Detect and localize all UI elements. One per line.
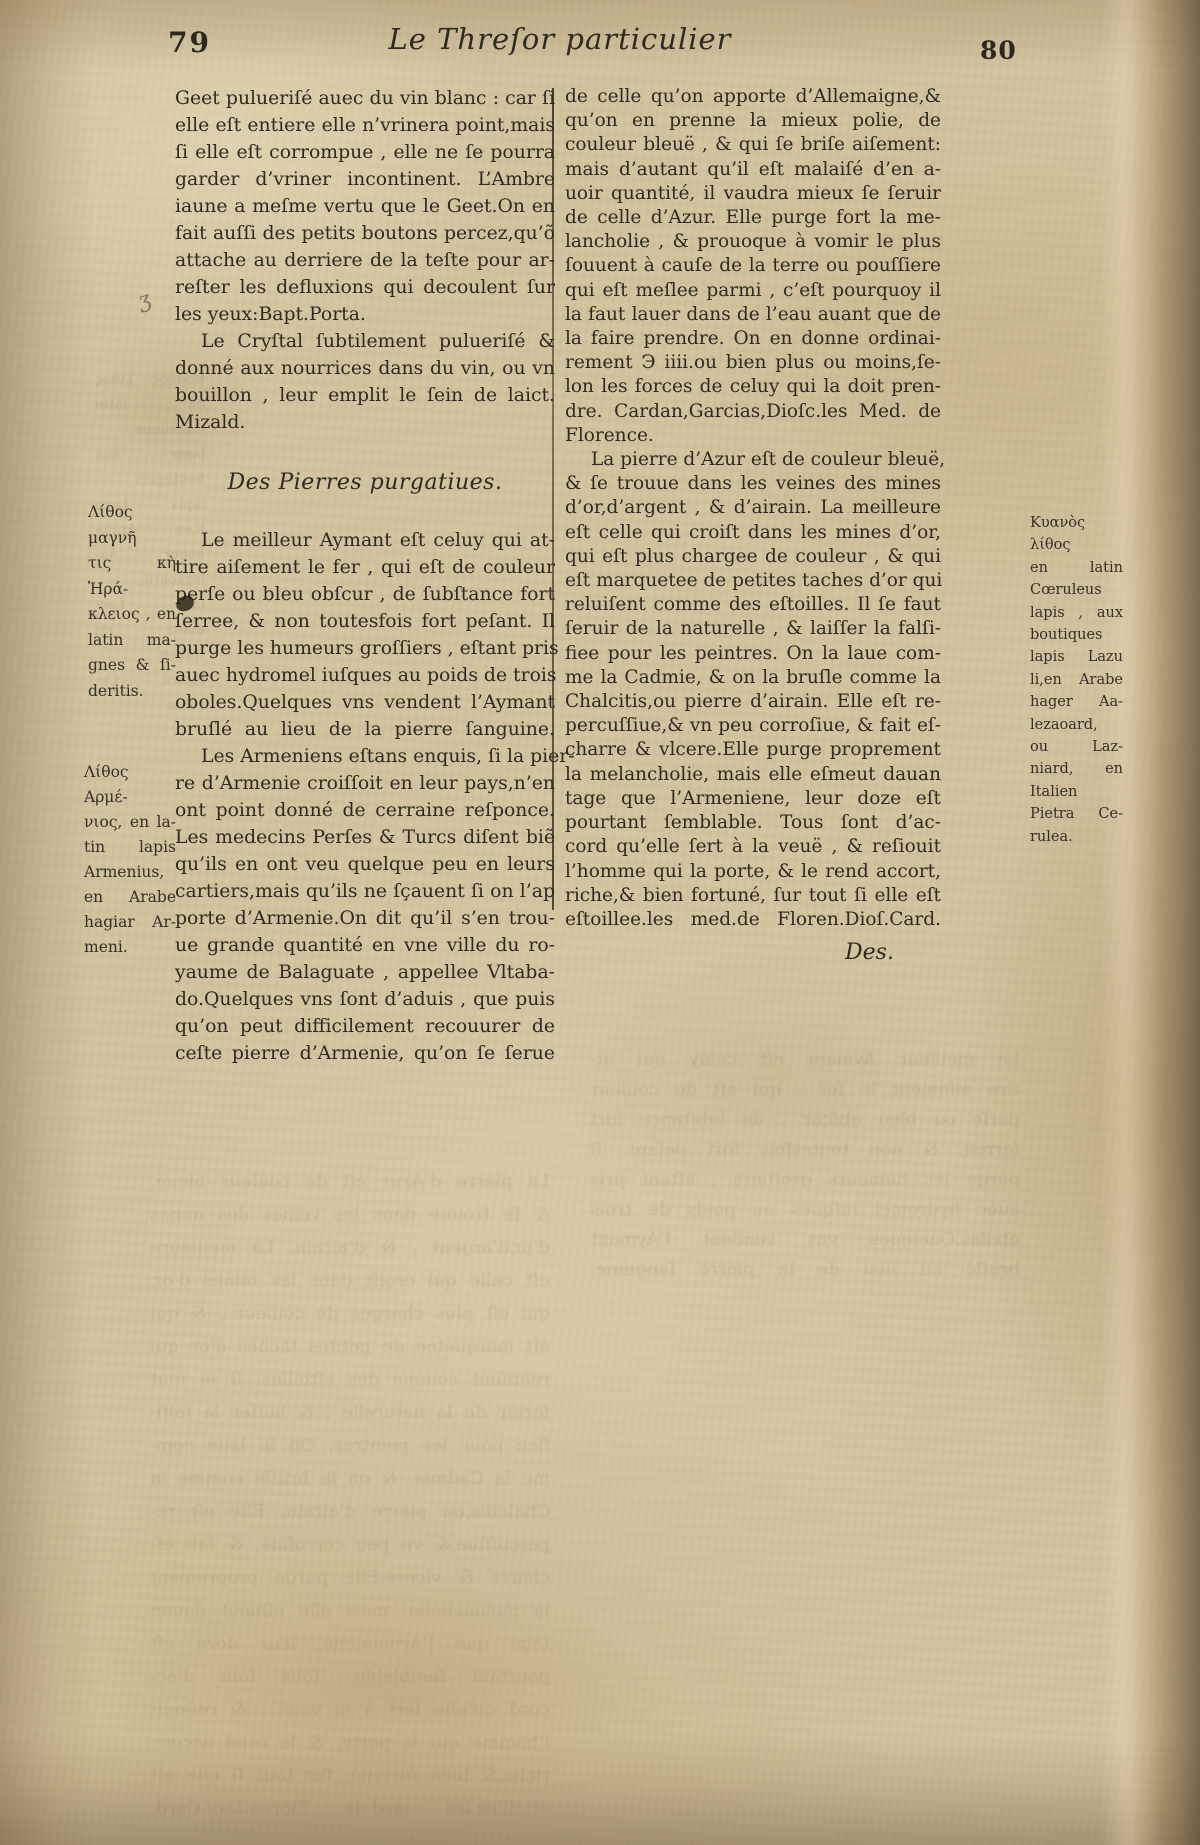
text-line: tire aiſement le fer , qui eſt de couleu… bbox=[175, 554, 555, 581]
book-page-scan: { "header": { "page_left": "79", "title"… bbox=[0, 0, 1200, 1845]
margin-note-line: en Arabe bbox=[84, 885, 176, 910]
margin-note-magnes: Λίθος μαγνῆτις κὴ Ἡρά-κλειος , enlatin m… bbox=[88, 500, 176, 704]
text-line: me la Cadmie, & on la bruſle comme la bbox=[565, 666, 941, 690]
text-line: Geet pulueriſé auec du vin blanc : car ſ… bbox=[175, 85, 555, 112]
margin-note-lapis-lazuli: Κυανὸς λίθοςen latinCœruleuslapis , auxb… bbox=[1030, 512, 1123, 848]
page-number-right: 80 bbox=[980, 36, 1017, 65]
text-line: bouillon , leur emplit le ſein de laict. bbox=[175, 382, 555, 409]
margin-note-line: Λίθος μαγνῆ bbox=[88, 500, 176, 551]
text-line: donné aux nourrices dans du vin, ou vn bbox=[175, 355, 555, 382]
margin-note-line: Cœruleus bbox=[1030, 579, 1123, 601]
text-line: qui eſt plus chargee de couleur , & qui bbox=[565, 545, 941, 569]
text-line: ſouuent à cauſe de la terre ou pouſſiere bbox=[565, 254, 941, 278]
text-line: de celle d’Azur. Elle purge fort la me- bbox=[565, 206, 941, 230]
text-line: qu’on peut difficilement recouurer de bbox=[175, 1013, 555, 1040]
margin-note-line: rulea. bbox=[1030, 826, 1123, 848]
margin-note-line: lezaoard, bbox=[1030, 714, 1123, 736]
text-line: La pierre d’Azur eſt de couleur bleuë, bbox=[565, 448, 941, 472]
text-line: Les medecins Perſes & Turcs diſent biẽ bbox=[175, 824, 555, 851]
scan-edge-left bbox=[0, 0, 95, 1845]
margin-note-line: νιος, en la- bbox=[84, 810, 176, 835]
text-line: fait auſſi des petits boutons percez,qu’… bbox=[175, 220, 555, 247]
margin-note-line: hagiar Ar- bbox=[84, 910, 176, 935]
text-line: rement Э iiii.ou bien plus ou moins,ſe- bbox=[565, 351, 941, 375]
text-line: reſter les defluxions qui decoulent ſur bbox=[175, 274, 555, 301]
text-line: elle eſt entiere elle n’vrinera point,ma… bbox=[175, 112, 555, 139]
margin-note-line: boutiques bbox=[1030, 624, 1123, 646]
text-line: perſe ou bleu obſcur , de ſubſtance fort bbox=[175, 581, 555, 608]
margin-note-line: κλειος , en bbox=[88, 602, 176, 628]
text-line: auec hydromel iuſques au poids de trois bbox=[175, 662, 555, 689]
text-line: yaume de Balaguate , appellee Vltaba- bbox=[175, 959, 555, 986]
text-line: porte d’Armenie.On dit qu’il s’en trou- bbox=[175, 905, 555, 932]
text-line: qu’on en prenne la mieux polie, de bbox=[565, 109, 941, 133]
text-line: riche,& bien fortuné, ſur tout ſi elle e… bbox=[565, 884, 941, 908]
text-line: qu’ils en ont veu quelque peu en leurs bbox=[175, 851, 555, 878]
text-line: garder d’vriner incontinent. L’Ambre bbox=[175, 166, 555, 193]
text-line: pourtant ſemblable. Tous ſont d’ac- bbox=[565, 811, 941, 835]
text-line: dre. Cardan,Garcias,Dioſc.les Med. de bbox=[565, 400, 941, 424]
text-line: uoir quantité, il vaudra mieux ſe ſeruir bbox=[565, 182, 941, 206]
margin-note-line: lapis Lazu bbox=[1030, 646, 1123, 668]
text-line: mais d’autant qu’il eſt malaiſé d’en a- bbox=[565, 158, 941, 182]
running-title: Le Threſor particulier bbox=[260, 22, 860, 56]
text-line: Chalcitis,ou pierre d’airain. Elle eſt r… bbox=[565, 690, 941, 714]
scan-edge-bottom bbox=[0, 1735, 1200, 1845]
text-line: de celle qu’on apporte d’Allemaigne,& bbox=[565, 85, 941, 109]
margin-note-line: gnes & ſi- bbox=[88, 653, 176, 679]
margin-note-lapis-armenius: Λίθος Αρμέ-νιος, en la-tin lapisArmenius… bbox=[84, 760, 176, 960]
margin-note-line: tin lapis bbox=[84, 835, 176, 860]
text-line: eſtoillee.les med.de Floren.Dioſ.Card. bbox=[565, 908, 941, 932]
text-line: ue grande quantité en vne ville du ro- bbox=[175, 932, 555, 959]
text-line: fiee pour les peintres. On la laue com- bbox=[565, 642, 941, 666]
text-line: ſi elle eſt corrompue , elle ne ſe pourr… bbox=[175, 139, 555, 166]
margin-note-line: Armenius, bbox=[84, 860, 176, 885]
text-line: iaune a meſme vertu que le Geet.On en bbox=[175, 193, 555, 220]
text-line: percuſſiue,& vn peu corroſiue, & fait eſ… bbox=[565, 714, 941, 738]
text-line: re d’Armenie croiſſoit en leur pays,n’en bbox=[175, 770, 555, 797]
text-line: d’or,d’argent , & d’airain. La meilleure bbox=[565, 496, 941, 520]
text-line: lon les forces de celuy qui la doit pren… bbox=[565, 375, 941, 399]
text-line: qui eſt meſlee parmi , c’eſt pourquoy il bbox=[565, 279, 941, 303]
text-line: eſt celle qui croiſt dans les mines d’or… bbox=[565, 521, 941, 545]
scan-edge-right bbox=[1122, 0, 1200, 1845]
text-line: la faire prendre. On en donne ordinai- bbox=[565, 327, 941, 351]
text-line: lancholie , & prouoque à vomir le plus bbox=[565, 230, 941, 254]
text-line: Le Cryſtal ſubtilement pulueriſé & bbox=[175, 328, 555, 355]
text-line: eſt marquetee de petites taches d’or qui bbox=[565, 569, 941, 593]
margin-note-line: latin ma- bbox=[88, 628, 176, 654]
margin-note-line: li,en Arabe bbox=[1030, 669, 1123, 691]
text-line: la melancholie, mais elle eſmeut dauan bbox=[565, 763, 941, 787]
margin-note-line: lapis , aux bbox=[1030, 602, 1123, 624]
text-line: la faut lauer dans de l’eau auant que de bbox=[565, 303, 941, 327]
text-line: Le meilleur Aymant eſt celuy qui at- bbox=[175, 527, 555, 554]
margin-note-line: Italien bbox=[1030, 781, 1123, 803]
text-line: reluiſent comme des eſtoilles. Il ſe fau… bbox=[565, 593, 941, 617]
margin-note-line: τις κὴ Ἡρά- bbox=[88, 551, 176, 602]
margin-note-line: en latin bbox=[1030, 557, 1123, 579]
text-line: do.Quelques vns ſont d’aduis , que puis bbox=[175, 986, 555, 1013]
margin-note-line: hager Aa- bbox=[1030, 691, 1123, 713]
page-number-left: 79 bbox=[168, 26, 211, 59]
text-line: l’homme qui la porte, & le rend accort, bbox=[565, 860, 941, 884]
margin-note-line: meni. bbox=[84, 935, 176, 960]
text-line: Les Armeniens eſtans enquis, ſi la pier- bbox=[175, 743, 555, 770]
text-line: purge les humeurs groſſiers , eſtant pri… bbox=[175, 635, 555, 662]
text-line: attache au derriere de la teſte pour ar- bbox=[175, 247, 555, 274]
text-line: cord qu’elle ſert à la veuë , & reſiouit bbox=[565, 835, 941, 859]
text-line: ceſte pierre d’Armenie, qu’on ſe ſerue bbox=[175, 1040, 555, 1067]
catchword: Des. bbox=[845, 940, 894, 965]
text-line: charre & vlcere.Elle purge proprement bbox=[565, 738, 941, 762]
text-line: bruſlé au lieu de la pierre ſanguine. bbox=[175, 716, 555, 743]
text-line: Mizald. bbox=[175, 409, 555, 436]
text-line: ſeruir de la naturelle , & laiſſer la fa… bbox=[565, 617, 941, 641]
margin-note-line: niard, en bbox=[1030, 758, 1123, 780]
text-line: ſerree, & non toutesfois fort peſant. Il bbox=[175, 608, 555, 635]
margin-note-line: Pietra Ce- bbox=[1030, 803, 1123, 825]
margin-note-line: deritis. bbox=[88, 679, 176, 705]
text-line: les yeux:Bapt.Porta. bbox=[175, 301, 555, 328]
right-text-column: de celle qu’on apporte d’Allemaigne,&qu’… bbox=[565, 85, 941, 932]
margin-note-line: Λίθος Αρμέ- bbox=[84, 760, 176, 810]
margin-note-line: ou Laz- bbox=[1030, 736, 1123, 758]
text-line: Florence. bbox=[565, 424, 941, 448]
text-line: cartiers,mais qu’ils ne ſçauent ſi on l’… bbox=[175, 878, 555, 905]
margin-note-line: Κυανὸς λίθος bbox=[1030, 512, 1123, 557]
left-text-column: Geet pulueriſé auec du vin blanc : car ſ… bbox=[175, 85, 555, 1067]
section-heading: Des Pierres purgatiues. bbox=[175, 470, 555, 496]
text-line: oboles.Quelques vns vendent l’Aymant bbox=[175, 689, 555, 716]
text-line: tage que l’Armeniene, leur doze eſt bbox=[565, 787, 941, 811]
text-line: couleur bleuë , & qui ſe briſe aiſement: bbox=[565, 133, 941, 157]
text-line: ont point donné de cerraine reſponce. bbox=[175, 797, 555, 824]
text-line: & ſe trouue dans les veines des mines bbox=[565, 472, 941, 496]
